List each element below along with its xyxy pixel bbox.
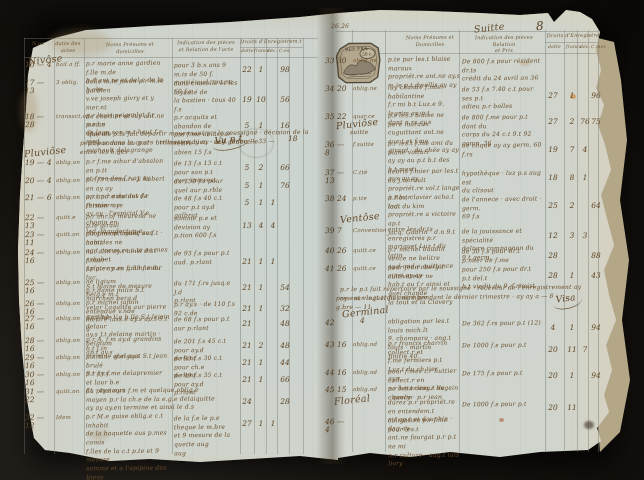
entry-fee-value: 27 bbox=[547, 118, 559, 126]
entry-fee-value: 1 bbox=[579, 174, 591, 182]
header-rule bbox=[24, 57, 318, 58]
right-header-names: Noms Prénoms et Domicilles bbox=[398, 35, 462, 49]
entry-fee-value: 1 bbox=[267, 199, 279, 207]
column-rule bbox=[303, 38, 304, 454]
entry-fee-value: 27 bbox=[241, 420, 253, 428]
entry-fee-value: 11 bbox=[566, 404, 578, 412]
entry-fee-value: 1 bbox=[255, 376, 267, 384]
entry-act-type: oblig.on bbox=[56, 316, 82, 324]
entry-number: 27 — 16 bbox=[25, 315, 54, 332]
entry-fee-value: 21 bbox=[241, 359, 253, 367]
right-subheader-francs: francs bbox=[566, 45, 579, 52]
left-header-names: Noms Prénoms et domicilles bbox=[92, 42, 168, 56]
entry-act-type: p.tte bbox=[353, 196, 384, 204]
entry-fee-value: 3 bbox=[579, 232, 591, 240]
entry-indication: De 1000 f.s pour p.t bbox=[462, 342, 542, 352]
entry-fee-value: 56 bbox=[279, 96, 291, 104]
entry-fee-value: 7 bbox=[566, 146, 578, 154]
entry-act-type: oblig.ne bbox=[353, 58, 384, 66]
entry-fee-value: 7 bbox=[579, 346, 591, 354]
entry-fee-value: 1 bbox=[566, 372, 578, 380]
entry-fee-value: 28 bbox=[547, 252, 559, 260]
entry-act-type: quitt.ce bbox=[353, 248, 384, 256]
column-rule bbox=[54, 38, 55, 454]
entry-act-type: oblig.on bbox=[56, 250, 82, 258]
entry-fee-value: 28 bbox=[547, 272, 559, 280]
entry-fee-value: 44 bbox=[279, 359, 291, 367]
entry-fee-value: 2 bbox=[566, 202, 578, 210]
entry-number: 18 — 28 bbox=[25, 113, 54, 130]
entry-act-type: C.tté bbox=[353, 170, 384, 178]
entry-act-type: f.suitte bbox=[353, 142, 384, 150]
entry-number: 23 — 11 bbox=[25, 231, 54, 248]
entry-fee-value: 66 bbox=[279, 376, 291, 384]
entry-fee-value: 94 bbox=[590, 372, 602, 380]
column-rule bbox=[385, 30, 386, 452]
entry-indication: De 1000 f.s pour p.t bbox=[462, 401, 542, 411]
entry-fee-value: 1 bbox=[566, 324, 578, 332]
entry-indication: de 30 f.s pour dr.t p.mier de f.me bbox=[462, 248, 542, 266]
entry-fee-value: 21 bbox=[241, 305, 253, 313]
entry-fee-value: 5 bbox=[241, 199, 253, 207]
right-header-indication: Indication des pièces Relation et Prix bbox=[466, 35, 542, 55]
entry-number: 29 — 16 bbox=[25, 354, 54, 371]
entry-number: 17 — 13 bbox=[25, 79, 54, 96]
entry-fee-value: 1 bbox=[566, 92, 578, 100]
entry-fee-value: 1 bbox=[255, 66, 267, 74]
entry-act-type: Idem bbox=[56, 415, 82, 423]
entry-fee-value: 54 bbox=[279, 284, 291, 292]
right-subheader-date: datte bbox=[548, 45, 561, 52]
right-subheader-centimes: C.mes bbox=[591, 45, 603, 52]
column-rule bbox=[545, 30, 546, 452]
entry-fee-value: 1 bbox=[255, 284, 267, 292]
entry-act-type: oblig.on bbox=[56, 338, 82, 346]
entry-indication: de 68 f.s pour p.t aur p.rlant bbox=[174, 316, 238, 334]
entry-act-type: oblig.on bbox=[56, 160, 82, 168]
entry-fee-value: 98 bbox=[279, 66, 291, 74]
entry-fee-value: 1 bbox=[267, 420, 279, 428]
entry-fee-value: 1 bbox=[255, 420, 267, 428]
entry-indication: somme p.e et devision ay p.tion 600 f.s bbox=[174, 215, 238, 242]
entry-number: 20 — 4 bbox=[25, 177, 54, 186]
entry-number: 24 — 16 bbox=[25, 249, 54, 266]
entry-fee-value: 32 bbox=[279, 305, 291, 313]
stain-rust-dot bbox=[499, 418, 504, 422]
entry-number: 31 — 22 bbox=[25, 388, 54, 405]
entry-fee-value: 1 bbox=[255, 258, 267, 266]
entry-fee-value: 43 bbox=[590, 272, 602, 280]
left-subheader-francs: francs bbox=[254, 49, 267, 56]
entry-fee-value: 24 bbox=[241, 398, 253, 406]
entry-number: 22 — 13 bbox=[25, 214, 54, 231]
folio-number: 8 bbox=[535, 18, 544, 36]
marginal-annotation: 4 bbox=[360, 317, 365, 325]
entry-fee-value: 4 bbox=[255, 222, 267, 230]
entry-fee-value: 19 bbox=[547, 146, 559, 154]
entry-fee-value: 27 bbox=[547, 92, 559, 100]
column-rule bbox=[277, 38, 278, 454]
entry-fee-value: 2 bbox=[566, 118, 578, 126]
entry-act-type: quitt.on bbox=[56, 232, 82, 240]
entry-act-type: oblig.on bbox=[56, 178, 82, 186]
entry-act-type: oblig.nd bbox=[353, 370, 384, 378]
header-rule bbox=[336, 31, 598, 32]
header-rule bbox=[545, 42, 598, 43]
entry-fee-value: 96 bbox=[590, 92, 602, 100]
entry-fee-value: 10 bbox=[255, 96, 267, 104]
entry-fee-value: 4 bbox=[547, 324, 559, 332]
entry-indication: De 800 f.s pour résident dr.ts crédit du… bbox=[462, 58, 542, 85]
entry-fee-value: 5 bbox=[241, 164, 253, 172]
entry-act-type: quitt.ce bbox=[353, 266, 384, 274]
entry-fee-value: 1 bbox=[255, 359, 267, 367]
entry-act-type: oblig.on bbox=[56, 372, 82, 380]
entry-indication: du 150 f.s pour quel aur p.rble bbox=[174, 178, 238, 196]
entry-fee-value: 28 bbox=[279, 398, 291, 406]
entry-fee-value: 1 bbox=[255, 182, 267, 190]
entry-fee-value: 21 bbox=[241, 376, 253, 384]
column-rule bbox=[588, 30, 589, 452]
right-header-droits: Droits d'Enregistre bbox=[546, 33, 600, 40]
entry-indication: de l'annece · avec droit · germ. 69 f.s bbox=[462, 196, 542, 223]
entry-fee-value: 64 bbox=[590, 202, 602, 210]
entry-act-type: oblig.on bbox=[56, 280, 82, 288]
entry-fee-value: 4 bbox=[579, 146, 591, 154]
entry-fee-value: 13 bbox=[241, 222, 253, 230]
marginal-annotation: 18 bbox=[288, 135, 298, 143]
entry-fee-value: 22 bbox=[241, 66, 253, 74]
entry-fee-value: 1 bbox=[566, 272, 578, 280]
entry-description: p.r M.e guise oblig.e c.t inhabit de la … bbox=[86, 413, 171, 480]
entry-act-type: oblig.on bbox=[56, 301, 82, 309]
entry-number: 28 — 16 bbox=[25, 337, 54, 354]
entry-fee-value: 18 bbox=[547, 174, 559, 182]
header-rule bbox=[240, 47, 303, 48]
entry-fee-value: 2 bbox=[255, 164, 267, 172]
entry-act-type: 3 oblig. bbox=[56, 80, 82, 88]
entry-fee-value: 20 bbox=[547, 372, 559, 380]
stain-dark-spot bbox=[584, 421, 594, 429]
left-subheader-date: datte bbox=[241, 49, 254, 56]
right-subheader-decimes: déc. bbox=[580, 45, 591, 52]
entry-indication: de la f.e le p.e theque le m.bre et 9 me… bbox=[174, 415, 238, 459]
entry-indication: dans chacelle et les loyauté de la basti… bbox=[174, 80, 238, 115]
entry-fee-value: 21 bbox=[241, 320, 253, 328]
entry-fee-value: 48 bbox=[279, 320, 291, 328]
entry-number: 21 — 6 bbox=[25, 194, 54, 203]
left-subheader-centimes: C.es bbox=[279, 49, 291, 56]
left-header-no: N.os bbox=[24, 41, 52, 48]
entry-fee-value: 11 bbox=[566, 346, 578, 354]
entry-number: 30 — 16 bbox=[25, 371, 54, 388]
entry-fee-value: 88 bbox=[590, 252, 602, 260]
entry-act-type: quitt.on bbox=[56, 389, 82, 397]
manuscript-register-scan: { "scene":{"background":"#15120e","paper… bbox=[0, 0, 644, 480]
entry-act-type: oblig.on bbox=[56, 355, 82, 363]
entry-fee-value: 12 bbox=[547, 232, 559, 240]
entry-indication: de clique ay ay germ. 60 f.rs bbox=[462, 142, 542, 160]
entry-act-type: quitt.e bbox=[56, 215, 82, 223]
entry-fee-value: 21 bbox=[241, 342, 253, 350]
column-rule bbox=[84, 38, 85, 454]
entry-fee-value: 3 bbox=[566, 232, 578, 240]
entry-fee-value: 19 bbox=[241, 96, 253, 104]
marginal-annotation: suitte bbox=[350, 129, 369, 138]
entry-act-type: oblig.on bbox=[56, 195, 82, 203]
entry-act-type: transact.on bbox=[56, 114, 82, 122]
entry-fee-value: 2 bbox=[255, 342, 267, 350]
entry-act-type: oblig.nd bbox=[353, 342, 384, 350]
entry-fee-value: 94 bbox=[590, 324, 602, 332]
entry-fee-value: 21 bbox=[241, 284, 253, 292]
entry-fee-value: 76 bbox=[279, 182, 291, 190]
left-header-droits: Droits d'Enregistrem.t bbox=[240, 39, 302, 46]
left-header-indication: Indication des pièces et Relation de l'a… bbox=[174, 40, 238, 54]
entry-fee-value: 1 bbox=[267, 258, 279, 266]
entry-indication: hypothèque · luz p.s aug est du clisout bbox=[462, 170, 542, 197]
entry-indication: De 175 f.s pour p.t bbox=[462, 370, 542, 380]
entry-indication: De 362 f.rs pour p.t (12) bbox=[462, 320, 542, 330]
binding-gutter bbox=[316, 8, 346, 464]
entry-number: 32 — 12 bbox=[25, 414, 54, 431]
entry-fee-value: 20 bbox=[547, 346, 559, 354]
entry-fee-value: 5 bbox=[241, 182, 253, 190]
entry-fee-value: 8 bbox=[566, 174, 578, 182]
entry-fee-value: 48 bbox=[279, 342, 291, 350]
left-subheader-decimes: déc. bbox=[267, 49, 278, 56]
entry-number: 25 — 16 bbox=[25, 279, 54, 296]
entry-indication: de 93 f.s pour p.t aud. p.rlant bbox=[174, 250, 238, 268]
entry-fee-value: 1 bbox=[255, 305, 267, 313]
entry-fee-value: 1 bbox=[255, 199, 267, 207]
entry-indication: de 53 f.s 7.40 c.t pour ses p.t adieu p.… bbox=[462, 86, 542, 113]
entry-fee-value: 25 bbox=[547, 202, 559, 210]
entry-fee-value: 21 bbox=[241, 258, 253, 266]
entry-act-type: Convention bbox=[353, 228, 384, 236]
column-rule bbox=[564, 30, 565, 452]
entry-fee-value: 20 bbox=[547, 404, 559, 412]
entry-description: du plusieurs f.m et quelque oblig.e moye… bbox=[86, 386, 236, 414]
entry-fee-value: 4 bbox=[267, 222, 279, 230]
entry-fee-value: 66 bbox=[279, 164, 291, 172]
entry-fee-value: 75 bbox=[590, 118, 602, 126]
entry-act-type: oblig.ne bbox=[353, 86, 384, 94]
entry-description: obligation p.r f.me pour les.t ant.ne fo… bbox=[388, 417, 461, 470]
